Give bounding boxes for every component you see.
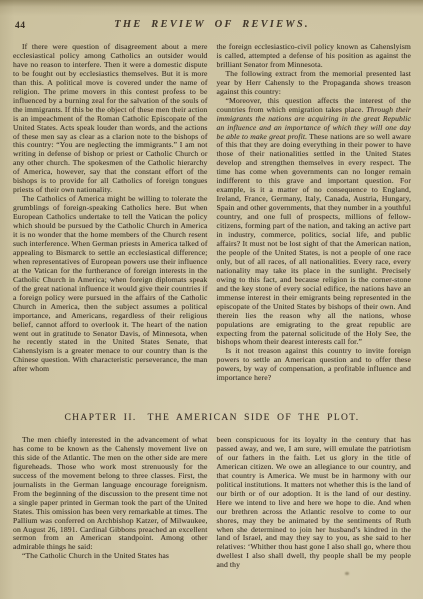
paragraph: The men chiefly interested in the advanc… (13, 436, 208, 552)
paragraph: the foreign ecclesiastico-civil policy k… (217, 43, 412, 70)
paragraph: “The Catholic Church in the United State… (13, 552, 208, 561)
paragraph: been conspicuous for its loyalty in the … (217, 436, 412, 570)
paragraph: The following extract from the memorial … (217, 70, 412, 97)
chapter-heading: CHAPTER II. THE AMERICAN SIDE OF THE PLO… (13, 413, 411, 423)
paper-speck (345, 572, 349, 575)
quote-rest: These nations are so well aware of this … (217, 132, 412, 347)
column-right: been conspicuous for its loyalty in the … (217, 436, 412, 586)
running-title: THE REVIEW OF REVIEWS. (13, 19, 411, 30)
page-number: 44 (15, 21, 26, 31)
column-right: the foreign ecclesiastico-civil policy k… (217, 43, 412, 404)
scanned-book-page: 44 THE REVIEW OF REVIEWS. If there were … (0, 0, 423, 599)
section-chapter-2: The men chiefly interested in the advanc… (13, 436, 411, 586)
paragraph: If there were question of disagreement a… (13, 43, 208, 195)
page-header: 44 THE REVIEW OF REVIEWS. (13, 19, 411, 34)
section-cahensly-memorial: If there were question of disagreement a… (13, 43, 411, 404)
column-left: The men chiefly interested in the advanc… (13, 436, 208, 586)
column-left: If there were question of disagreement a… (13, 43, 208, 404)
paragraph-memorial-quote: “Moreover, this question affects the int… (217, 97, 412, 348)
paragraph: The Catholics of America might be willin… (13, 195, 208, 374)
paragraph: Is it not treason against this country t… (217, 347, 412, 383)
